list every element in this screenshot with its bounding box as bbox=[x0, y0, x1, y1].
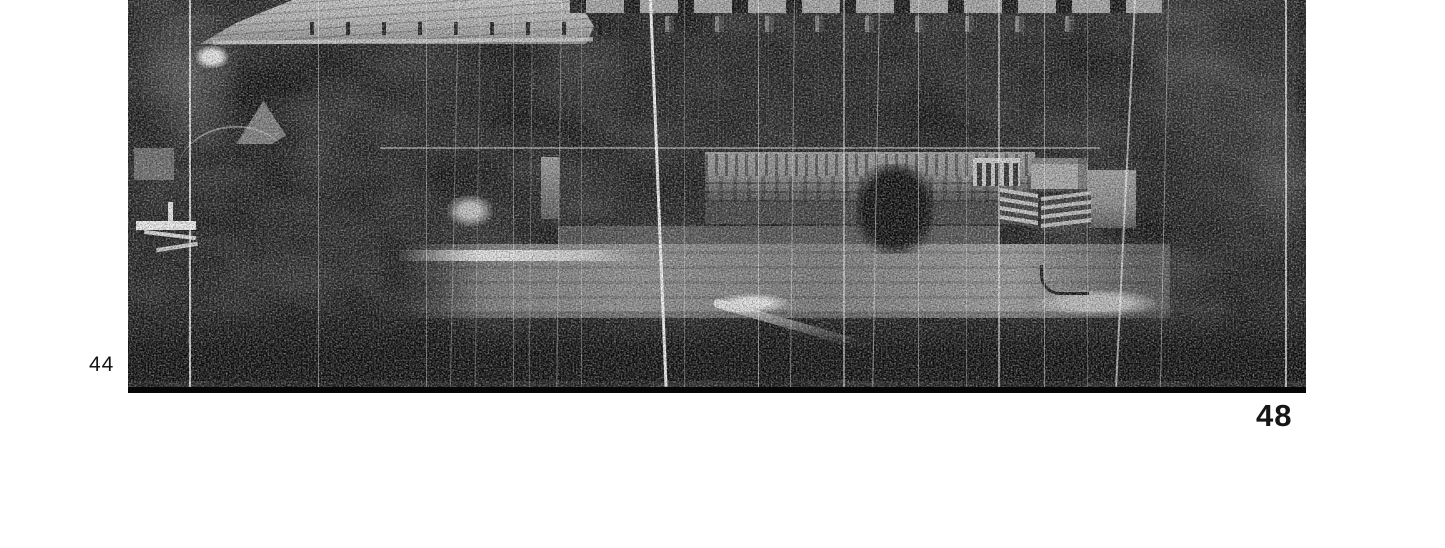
film-scratch bbox=[318, 0, 319, 387]
figure-number: 48 bbox=[1256, 398, 1292, 434]
film-scratch bbox=[513, 0, 514, 387]
film-scratch bbox=[918, 0, 919, 387]
film-scratch bbox=[1087, 0, 1088, 387]
film-scratches bbox=[128, 0, 1306, 387]
film-scratch bbox=[790, 0, 795, 387]
film-scratch bbox=[758, 0, 759, 387]
film-scratch bbox=[1285, 0, 1287, 387]
film-scratch bbox=[1160, 0, 1169, 387]
film-scratch bbox=[529, 0, 533, 387]
film-scratch bbox=[843, 0, 845, 387]
film-scratch bbox=[649, 0, 667, 387]
film-scratch bbox=[581, 0, 582, 387]
scanned-page: 44 48 bbox=[0, 0, 1445, 548]
building-photograph bbox=[128, 0, 1306, 393]
film-scratch bbox=[189, 0, 191, 387]
film-scratch bbox=[966, 0, 967, 387]
film-scratch bbox=[1044, 0, 1045, 387]
film-scratch bbox=[426, 0, 427, 387]
page-number-left: 44 bbox=[89, 353, 114, 377]
film-scratch bbox=[556, 0, 562, 387]
film-scratch bbox=[684, 0, 685, 387]
film-scratch bbox=[998, 0, 1000, 387]
film-scratch bbox=[1115, 0, 1135, 387]
film-scratch bbox=[475, 0, 481, 387]
film-scratch bbox=[450, 0, 459, 387]
film-scratch bbox=[872, 0, 880, 387]
